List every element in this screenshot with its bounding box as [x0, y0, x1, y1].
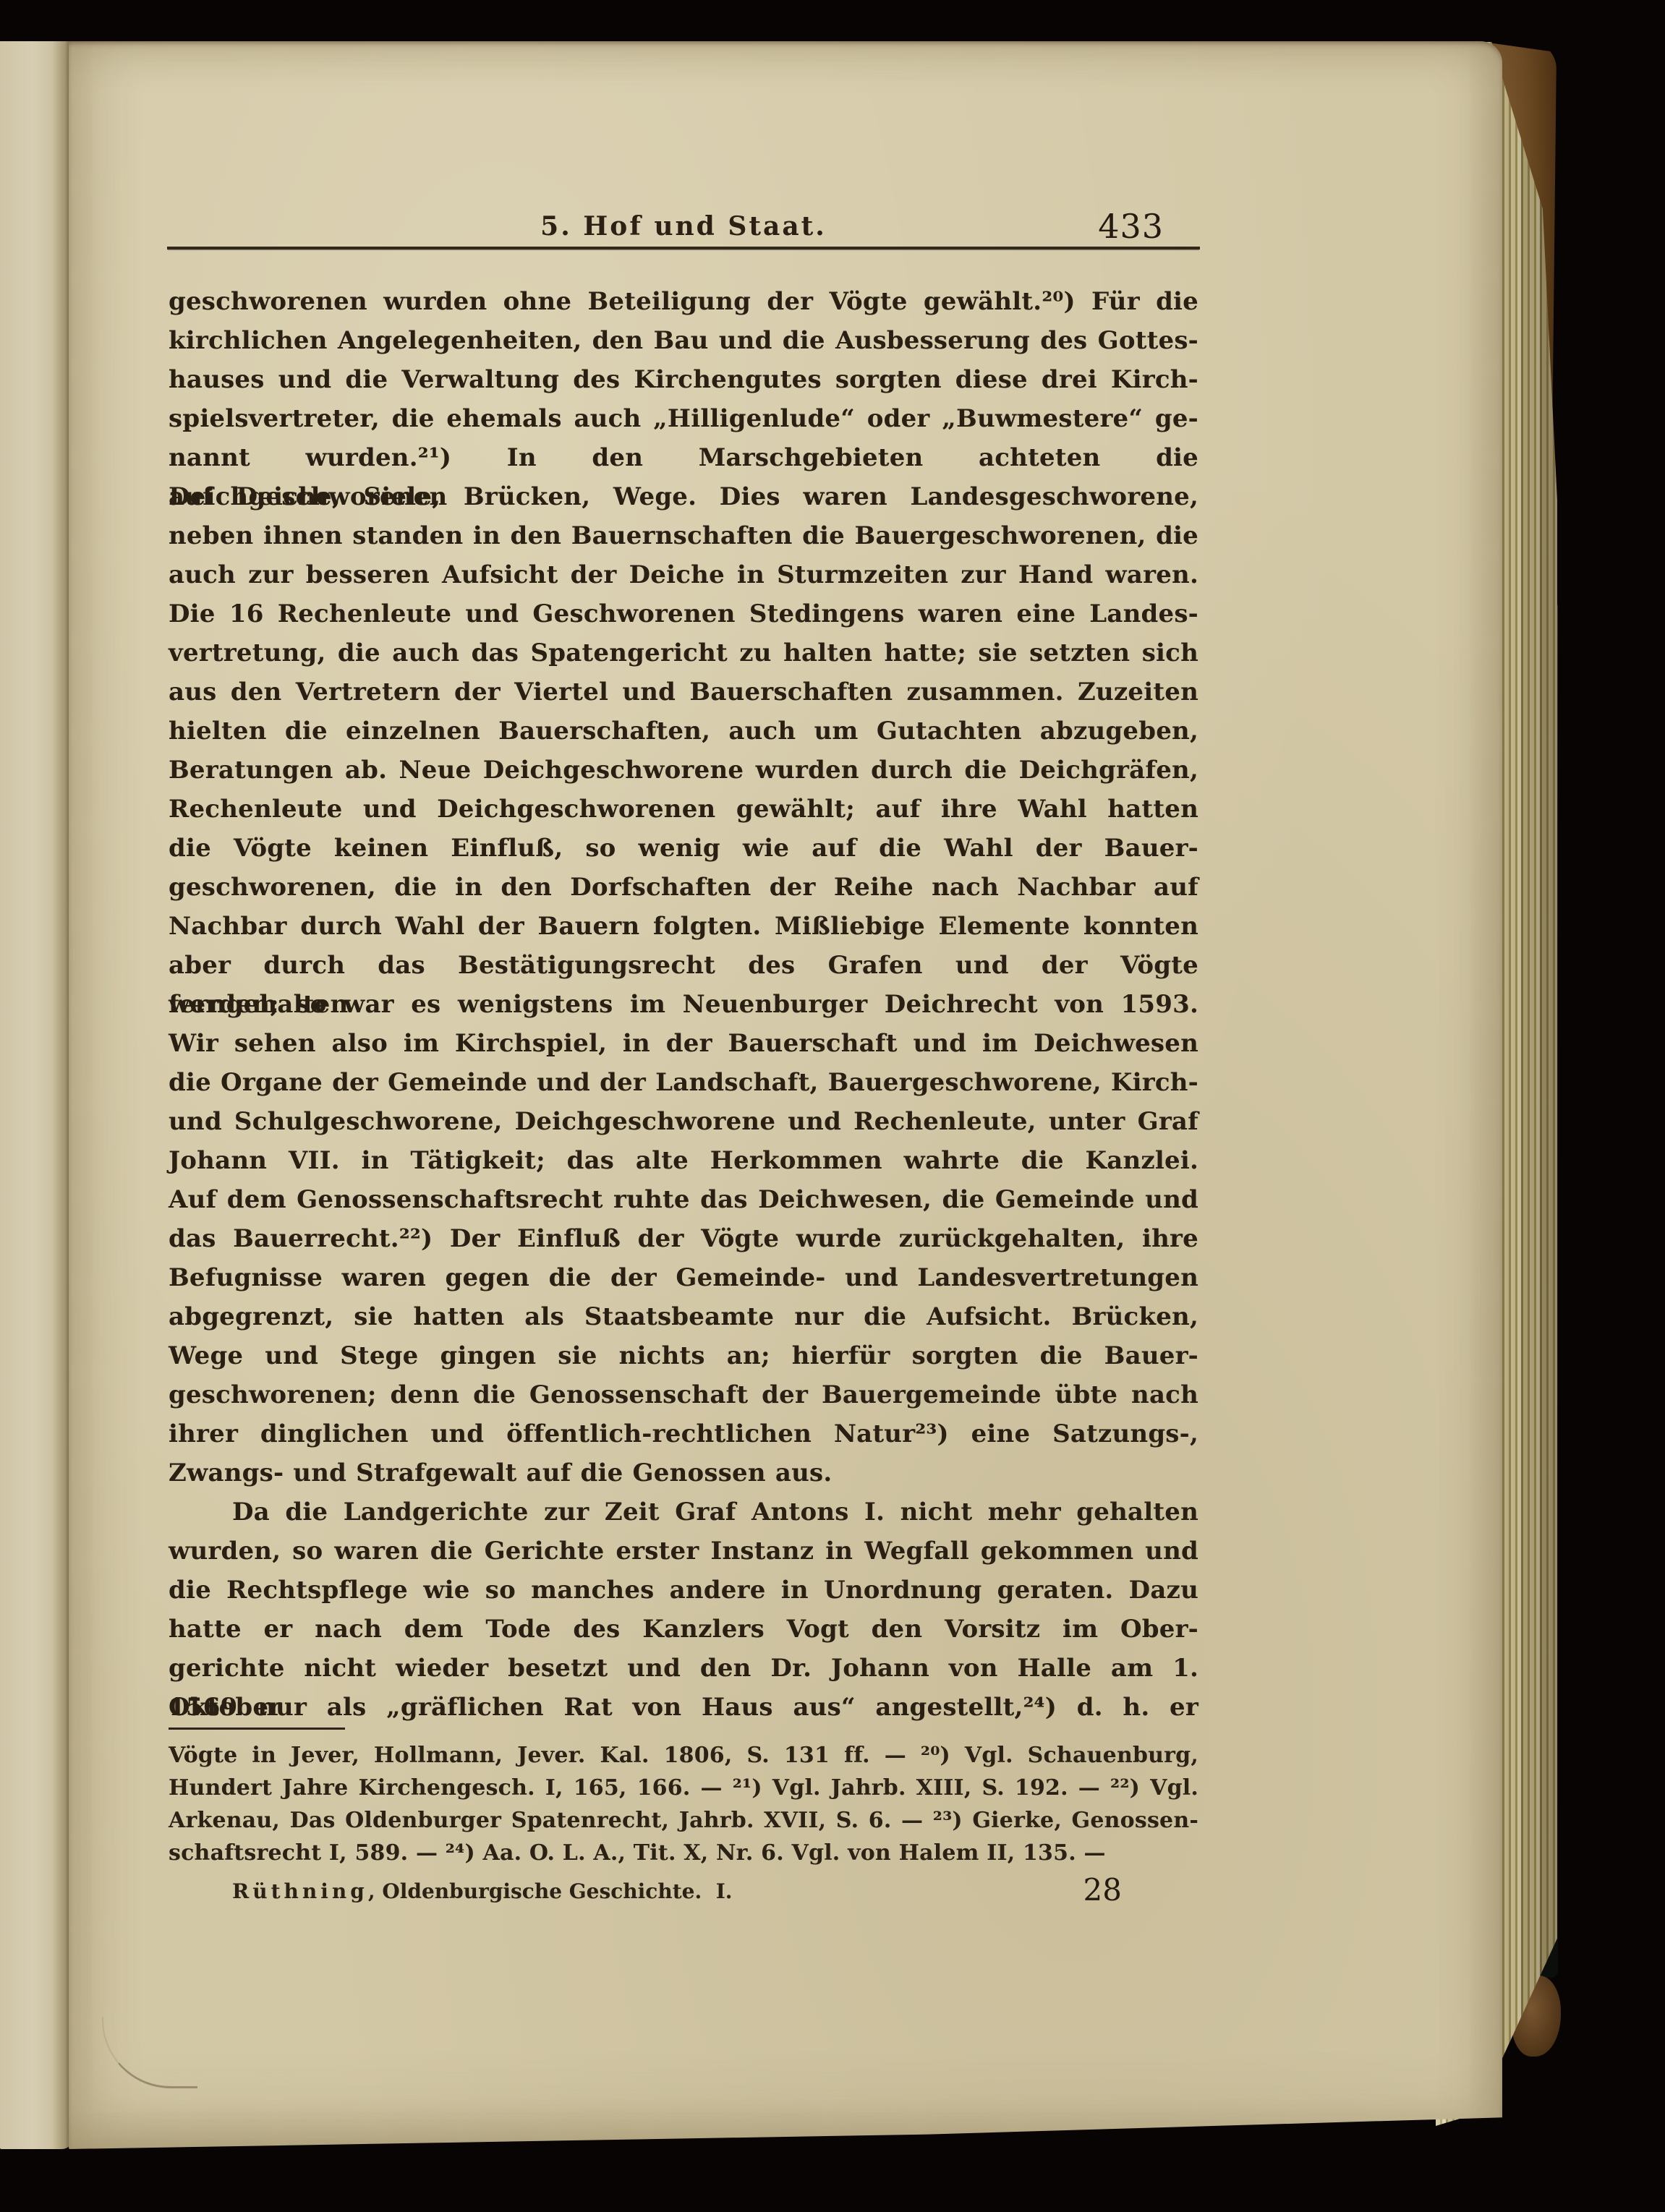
text-line: neben ihnen standen in den Bauernschafte…: [169, 516, 1198, 555]
book-signature: Rüthning, Oldenburgische Geschichte. I.: [232, 1879, 733, 1903]
text-line: wurden, so waren die Gerichte erster Ins…: [169, 1532, 1198, 1571]
text-line: das Bauerrecht.²²) Der Einfluß der Vögte…: [169, 1219, 1198, 1258]
footnote-rule: [169, 1728, 345, 1730]
text-line: auf Deiche, Siele, Brücken, Wege. Dies w…: [169, 477, 1198, 516]
text-line: die Vögte keinen Einfluß, so wenig wie a…: [169, 829, 1198, 868]
text-line: die Organe der Gemeinde und der Landscha…: [169, 1063, 1198, 1102]
text-line: Arkenau, Das Oldenburger Spatenrecht, Ja…: [169, 1804, 1198, 1837]
facing-page-gutter: [0, 41, 72, 2149]
text-line: kirchlichen Angelegenheiten, den Bau und…: [169, 321, 1198, 360]
text-line: auch zur besseren Aufsicht der Deiche in…: [169, 555, 1198, 594]
text-line: geschworenen; denn die Genossenschaft de…: [169, 1375, 1198, 1414]
text-line: Hundert Jahre Kirchengesch. I, 165, 166.…: [169, 1772, 1198, 1804]
text-line: und Schulgeschworene, Deichgeschworene u…: [169, 1102, 1198, 1141]
text-line: geschworenen wurden ohne Beteiligung der…: [169, 282, 1198, 321]
text-line: Vögte in Jever, Hollmann, Jever. Kal. 18…: [169, 1739, 1198, 1772]
text-line: Auf dem Genossenschaftsrecht ruhte das D…: [169, 1180, 1198, 1219]
signature-row: Rüthning, Oldenburgische Geschichte. I. …: [169, 1875, 1198, 1910]
text-line: gerichte nicht wieder besetzt und den Dr…: [169, 1649, 1198, 1688]
text-line: die Rechtspflege wie so manches andere i…: [169, 1571, 1198, 1610]
footnotes: Vögte in Jever, Hollmann, Jever. Kal. 18…: [169, 1739, 1198, 1869]
text-line: Rechenleute und Deichgeschworenen gewähl…: [169, 790, 1198, 829]
page-curl-mark: [102, 2017, 197, 2088]
text-line: hauses und die Verwaltung des Kirchengut…: [169, 360, 1198, 399]
text-line: abgegrenzt, sie hatten als Staatsbeamte …: [169, 1297, 1198, 1336]
book-page: 5. Hof und Staat. 433 geschworenen wurde…: [69, 41, 1502, 2149]
signature-work: , Oldenburgische Geschichte. I.: [368, 1879, 733, 1903]
text-line: Befugnisse waren gegen die der Gemeinde-…: [169, 1258, 1198, 1297]
text-line: werden; so war es wenigstens im Neuenbur…: [169, 985, 1198, 1024]
text-line: spielsvertreter, die ehemals auch „Hilli…: [169, 399, 1198, 438]
text-line: geschworenen, die in den Dorfschaften de…: [169, 868, 1198, 907]
text-line: Die 16 Rechenleute und Geschworenen Sted…: [169, 594, 1198, 633]
text-line: 1569 nur als „gräflichen Rat von Haus au…: [169, 1688, 1198, 1727]
text-line: hielten die einzelnen Bauerschaften, auc…: [169, 712, 1198, 751]
sheet-number: 28: [1083, 1872, 1122, 1908]
text-line: Wir sehen also im Kirchspiel, in der Bau…: [169, 1024, 1198, 1063]
text-line: Wege und Stege gingen sie nichts an; hie…: [169, 1336, 1198, 1375]
text-line: schaftsrecht I, 589. — ²⁴) Aa. O. L. A.,…: [169, 1837, 1198, 1869]
text-line: vertretung, die auch das Spatengericht z…: [169, 633, 1198, 672]
text-line: Nachbar durch Wahl der Bauern folgten. M…: [169, 907, 1198, 946]
page-number: 433: [1098, 207, 1164, 246]
text-line: ihrer dinglichen und öffentlich-rechtlic…: [169, 1414, 1198, 1453]
text-line: Da die Landgerichte zur Zeit Graf Antons…: [169, 1493, 1198, 1532]
signature-author: Rüthning: [232, 1879, 368, 1903]
header-rule: [167, 247, 1200, 249]
text-line: Johann VII. in Tätigkeit; das alte Herko…: [169, 1141, 1198, 1180]
text-line: Beratungen ab. Neue Deichgeschworene wur…: [169, 751, 1198, 790]
text-line: aus den Vertretern der Viertel und Bauer…: [169, 672, 1198, 712]
text-line: nannt wurden.²¹) In den Marschgebieten a…: [169, 438, 1198, 477]
page-header: 5. Hof und Staat. 433: [169, 211, 1198, 247]
book-photo-scene: 5. Hof und Staat. 433 geschworenen wurde…: [0, 0, 1665, 2212]
text-line: hatte er nach dem Tode des Kanzlers Vogt…: [169, 1610, 1198, 1649]
text-line: aber durch das Bestätigungsrecht des Gra…: [169, 946, 1198, 985]
body-text: geschworenen wurden ohne Beteiligung der…: [169, 282, 1198, 1727]
text-line: Zwangs- und Strafgewalt auf die Genossen…: [169, 1453, 1198, 1493]
chapter-title: 5. Hof und Staat.: [169, 211, 1198, 242]
